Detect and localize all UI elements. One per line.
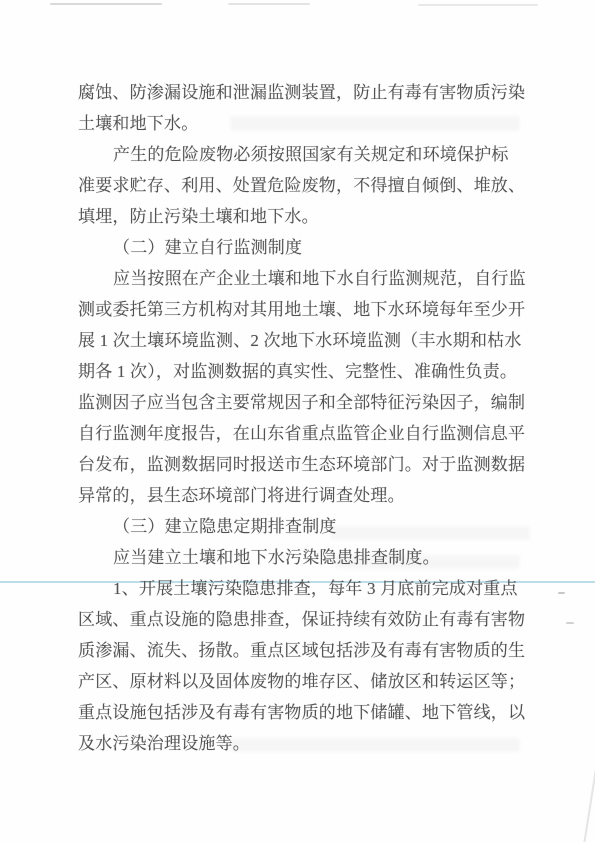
scan-diagonal-mark — [582, 753, 595, 842]
text-line: 及水污染治理设施等。 — [78, 728, 538, 759]
text-line: 应当建立土壤和地下水污染隐患排查制度。 — [78, 542, 538, 573]
text-line: 测或委托第三方机构对其用地土壤、地下水环境每年至少开 — [78, 294, 538, 325]
text-line: 1、开展土壤污染隐患排查，每年 3 月底前完成对重点 — [78, 573, 538, 604]
text-line: 产生的危险废物必须按照国家有关规定和环境保护标 — [78, 139, 538, 170]
text-line: 土壤和地下水。 — [78, 108, 538, 139]
text-line: 展 1 次土壤环境监测、2 次地下水环境监测（丰水期和枯水 — [78, 325, 538, 356]
document-page: 腐蚀、防渗漏设施和泄漏监测装置，防止有毒有害物质污染 土壤和地下水。 产生的危险… — [0, 0, 595, 842]
text-line: 质渗漏、流失、扬散。重点区域包括涉及有毒有害物质的生 — [78, 635, 538, 666]
text-line: 应当按照在产企业土壤和地下水自行监测规范，自行监 — [78, 263, 538, 294]
text-line: 监测因子应当包含主要常规因子和全部特征污染因子，编制 — [78, 387, 538, 418]
text-line: 腐蚀、防渗漏设施和泄漏监测装置，防止有毒有害物质污染 — [78, 77, 538, 108]
scan-streak-top — [228, 3, 310, 5]
text-line: 异常的，县生态环境部门将进行调查处理。 — [78, 480, 538, 511]
scan-speck — [566, 622, 574, 624]
text-line: 期各 1 次），对监测数据的真实性、完整性、准确性负责。 — [78, 356, 538, 387]
text-block: 腐蚀、防渗漏设施和泄漏监测装置，防止有毒有害物质污染 土壤和地下水。 产生的危险… — [78, 77, 538, 759]
text-line: 重点设施包括涉及有毒有害物质的地下储罐、地下管线，以 — [78, 697, 538, 728]
text-line: 产区、原材料以及固体废物的堆存区、储放区和转运区等； — [78, 666, 538, 697]
text-line: 填埋，防止污染土壤和地下水。 — [78, 201, 538, 232]
section-heading-3: （三）建立隐患定期排查制度 — [78, 511, 538, 542]
text-line: 准要求贮存、利用、处置危险废物，不得擅自倾倒、堆放、 — [78, 170, 538, 201]
scan-speck — [558, 592, 565, 594]
text-line: 区域、重点设施的隐患排查，保证持续有效防止有毒有害物 — [78, 604, 538, 635]
section-heading-2: （二）建立自行监测制度 — [78, 232, 538, 263]
scan-streak-top — [418, 4, 538, 6]
text-line: 自行监测年度报告，在山东省重点监管企业自行监测信息平 — [78, 418, 538, 449]
text-line: 台发布，监测数据同时报送市生态环境部门。对于监测数据 — [78, 449, 538, 480]
scan-streak-top — [50, 3, 162, 5]
